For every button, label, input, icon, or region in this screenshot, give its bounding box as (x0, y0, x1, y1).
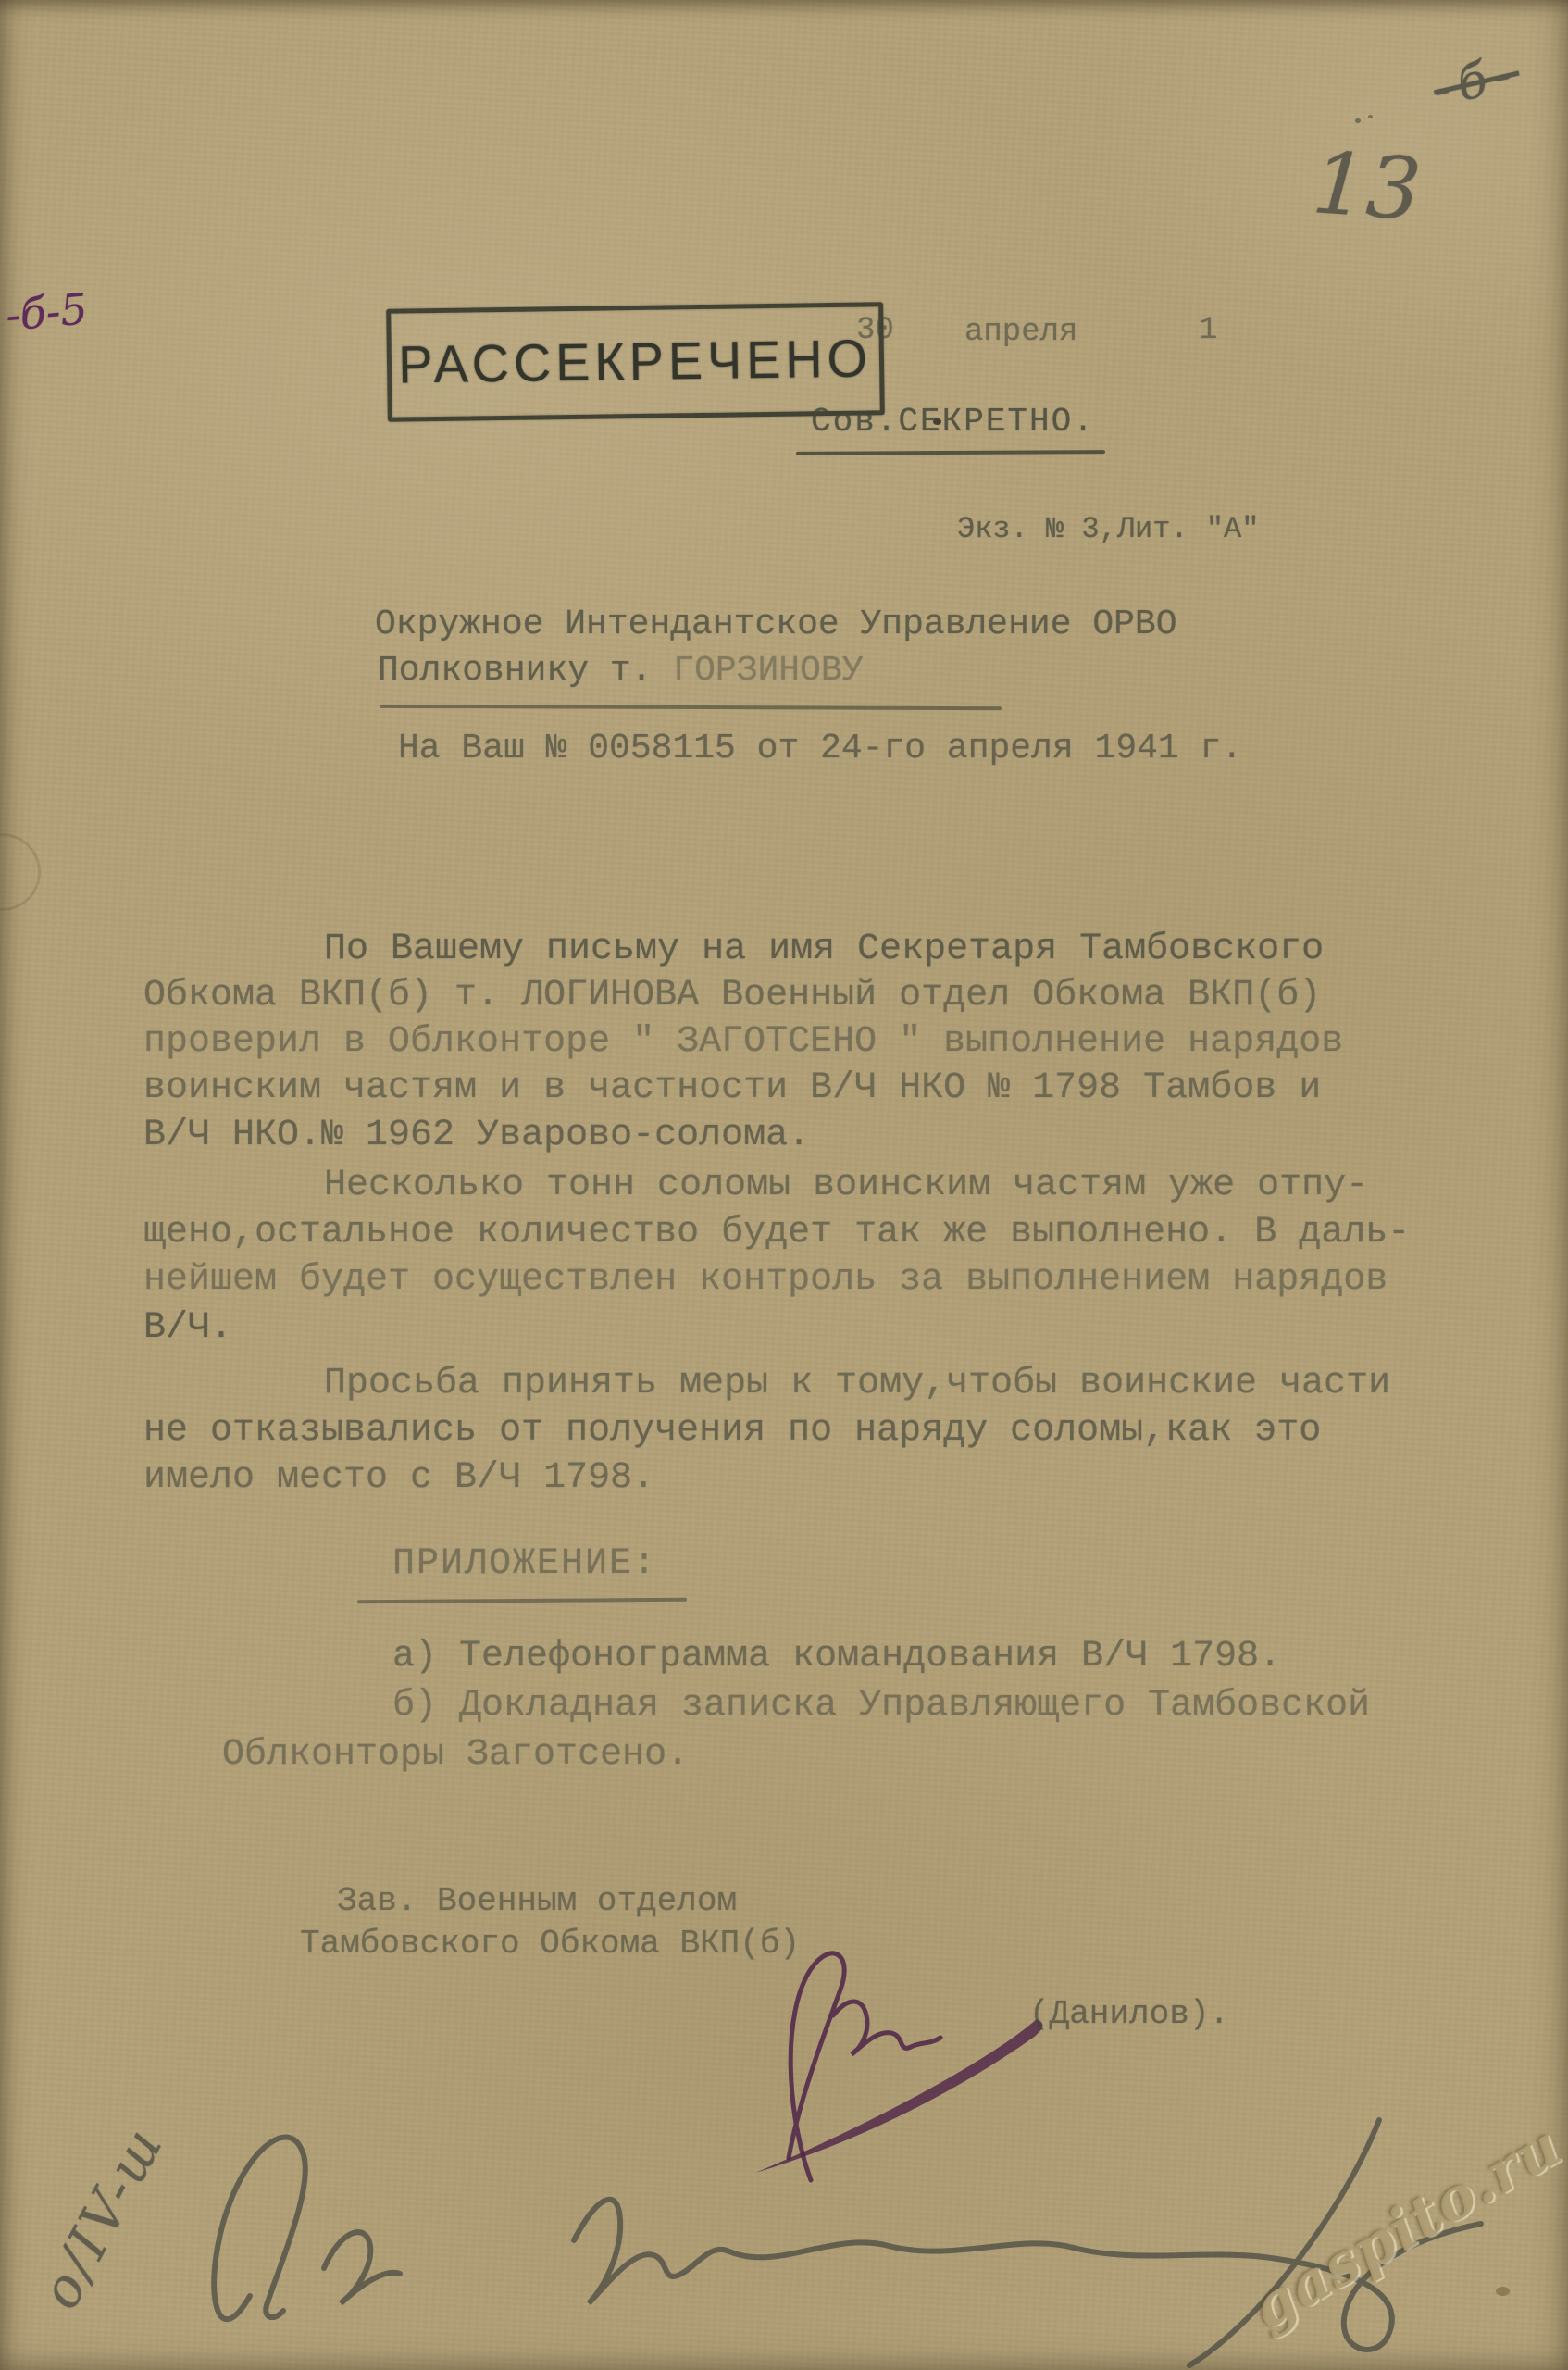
recipient-organization: Окружное Интендантское Управление ОРВО (375, 607, 1177, 642)
signer-name: (Данилов). (1029, 1998, 1229, 2031)
attachment-item-a: а) Телефонограмма командования В/Ч 1798. (392, 1639, 1281, 1676)
body-line: имело место с В/Ч 1798. (143, 1460, 654, 1497)
body-line: В/Ч НКО.№ 1962 Уварово-солома. (143, 1117, 810, 1154)
pencil-dot (1368, 115, 1373, 118)
body-line: Обкома ВКП(б) т. ЛОГИНОВА Военный отдел … (143, 978, 1321, 1015)
body-line: проверил в Облконторе " ЗАГОТСЕНО " выпо… (143, 1024, 1343, 1061)
body-line: щено,остальное количество будет так же в… (143, 1215, 1410, 1252)
body-line: воинским частям и в частности В/Ч НКО № … (143, 1070, 1321, 1107)
recipient-name: ГОРЗИНОВУ (673, 651, 863, 691)
top-left-margin-mark: -б-5 (4, 287, 89, 337)
signer-position-line1: Зав. Военным отделом (337, 1885, 737, 1918)
attachments-heading: ПРИЛОЖЕНИЕ: (392, 1546, 657, 1583)
top-right-pencil-scribble: -б- (1428, 48, 1524, 115)
attachments-underline (357, 1598, 687, 1603)
declassified-stamp-label: РАССЕКРЕЧЕНО (398, 328, 873, 395)
reference-line: На Ваш № 0058115 от 24-го апреля 1941 г. (398, 731, 1242, 767)
body-line: нейшем будет осуществлен контроль за вып… (143, 1262, 1388, 1299)
attachment-item-b: б) Докладная записка Управляющего Тамбов… (392, 1688, 1370, 1725)
recipient-person: Полковнику т. ГОРЗИНОВУ (378, 654, 864, 689)
recipient-rank: Полковнику т. (378, 651, 673, 691)
body-line: Просьба принять меры к тому,чтобы воинск… (324, 1366, 1390, 1403)
pencil-signature-scrawl (185, 2083, 1500, 2370)
scanned-document-page: -б-5 13 -б- РАССЕКРЕЧЕНО 30 апреля 1 Сов… (0, 0, 1568, 2370)
body-line: не отказывались от получения по наряду с… (143, 1413, 1321, 1450)
hole-punch-mark (0, 833, 41, 911)
secrecy-label: Сов.СЕКРЕТНО. (811, 405, 1095, 439)
body-line: В/Ч. (143, 1310, 232, 1347)
date-month: апреля (964, 317, 1077, 348)
date-day: 30 (856, 315, 894, 346)
attachment-item-b-continued: Облконторы Заготсено. (222, 1737, 689, 1774)
body-line: Несколько тонн соломы воинским частям уж… (324, 1167, 1368, 1204)
copy-number-line: Экз. № 3,Лит. "А" (957, 515, 1259, 544)
pencil-dot (1355, 118, 1361, 123)
handwritten-page-number: 13 (1310, 141, 1424, 233)
body-line: По Вашему письму на имя Секретаря Тамбов… (324, 931, 1324, 968)
date-year-fragment: 1 (1199, 315, 1217, 346)
secrecy-underline (796, 450, 1105, 455)
recipient-underline (380, 705, 1002, 710)
bottom-left-vertical-mark: о/IV-ш (26, 2106, 195, 2337)
